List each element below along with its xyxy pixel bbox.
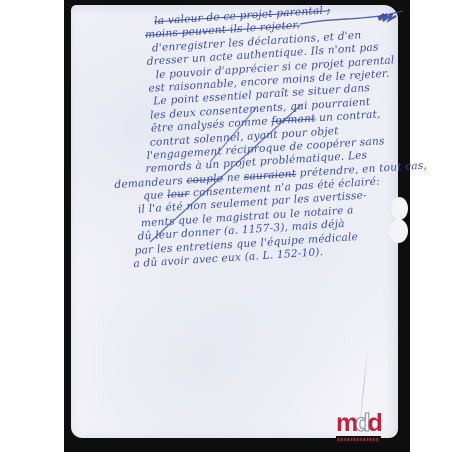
- mdd-logo-letters: mdd: [336, 412, 386, 435]
- mdd-watermark-logo: mdd: [336, 412, 386, 443]
- mdd-letter: d: [368, 409, 380, 437]
- mdd-logo-banner: [336, 436, 381, 443]
- struck-word: couple: [186, 172, 223, 186]
- manuscript-block: la valeur de ce projet parental ;moins p…: [80, 0, 425, 274]
- handwritten-text: que: [143, 189, 168, 202]
- handwritten-text: ne: [223, 171, 244, 184]
- mdd-letter: d: [355, 409, 367, 437]
- struck-word: formant: [271, 113, 316, 128]
- struck-word: leur: [167, 188, 190, 201]
- mdd-letter: m: [336, 409, 355, 437]
